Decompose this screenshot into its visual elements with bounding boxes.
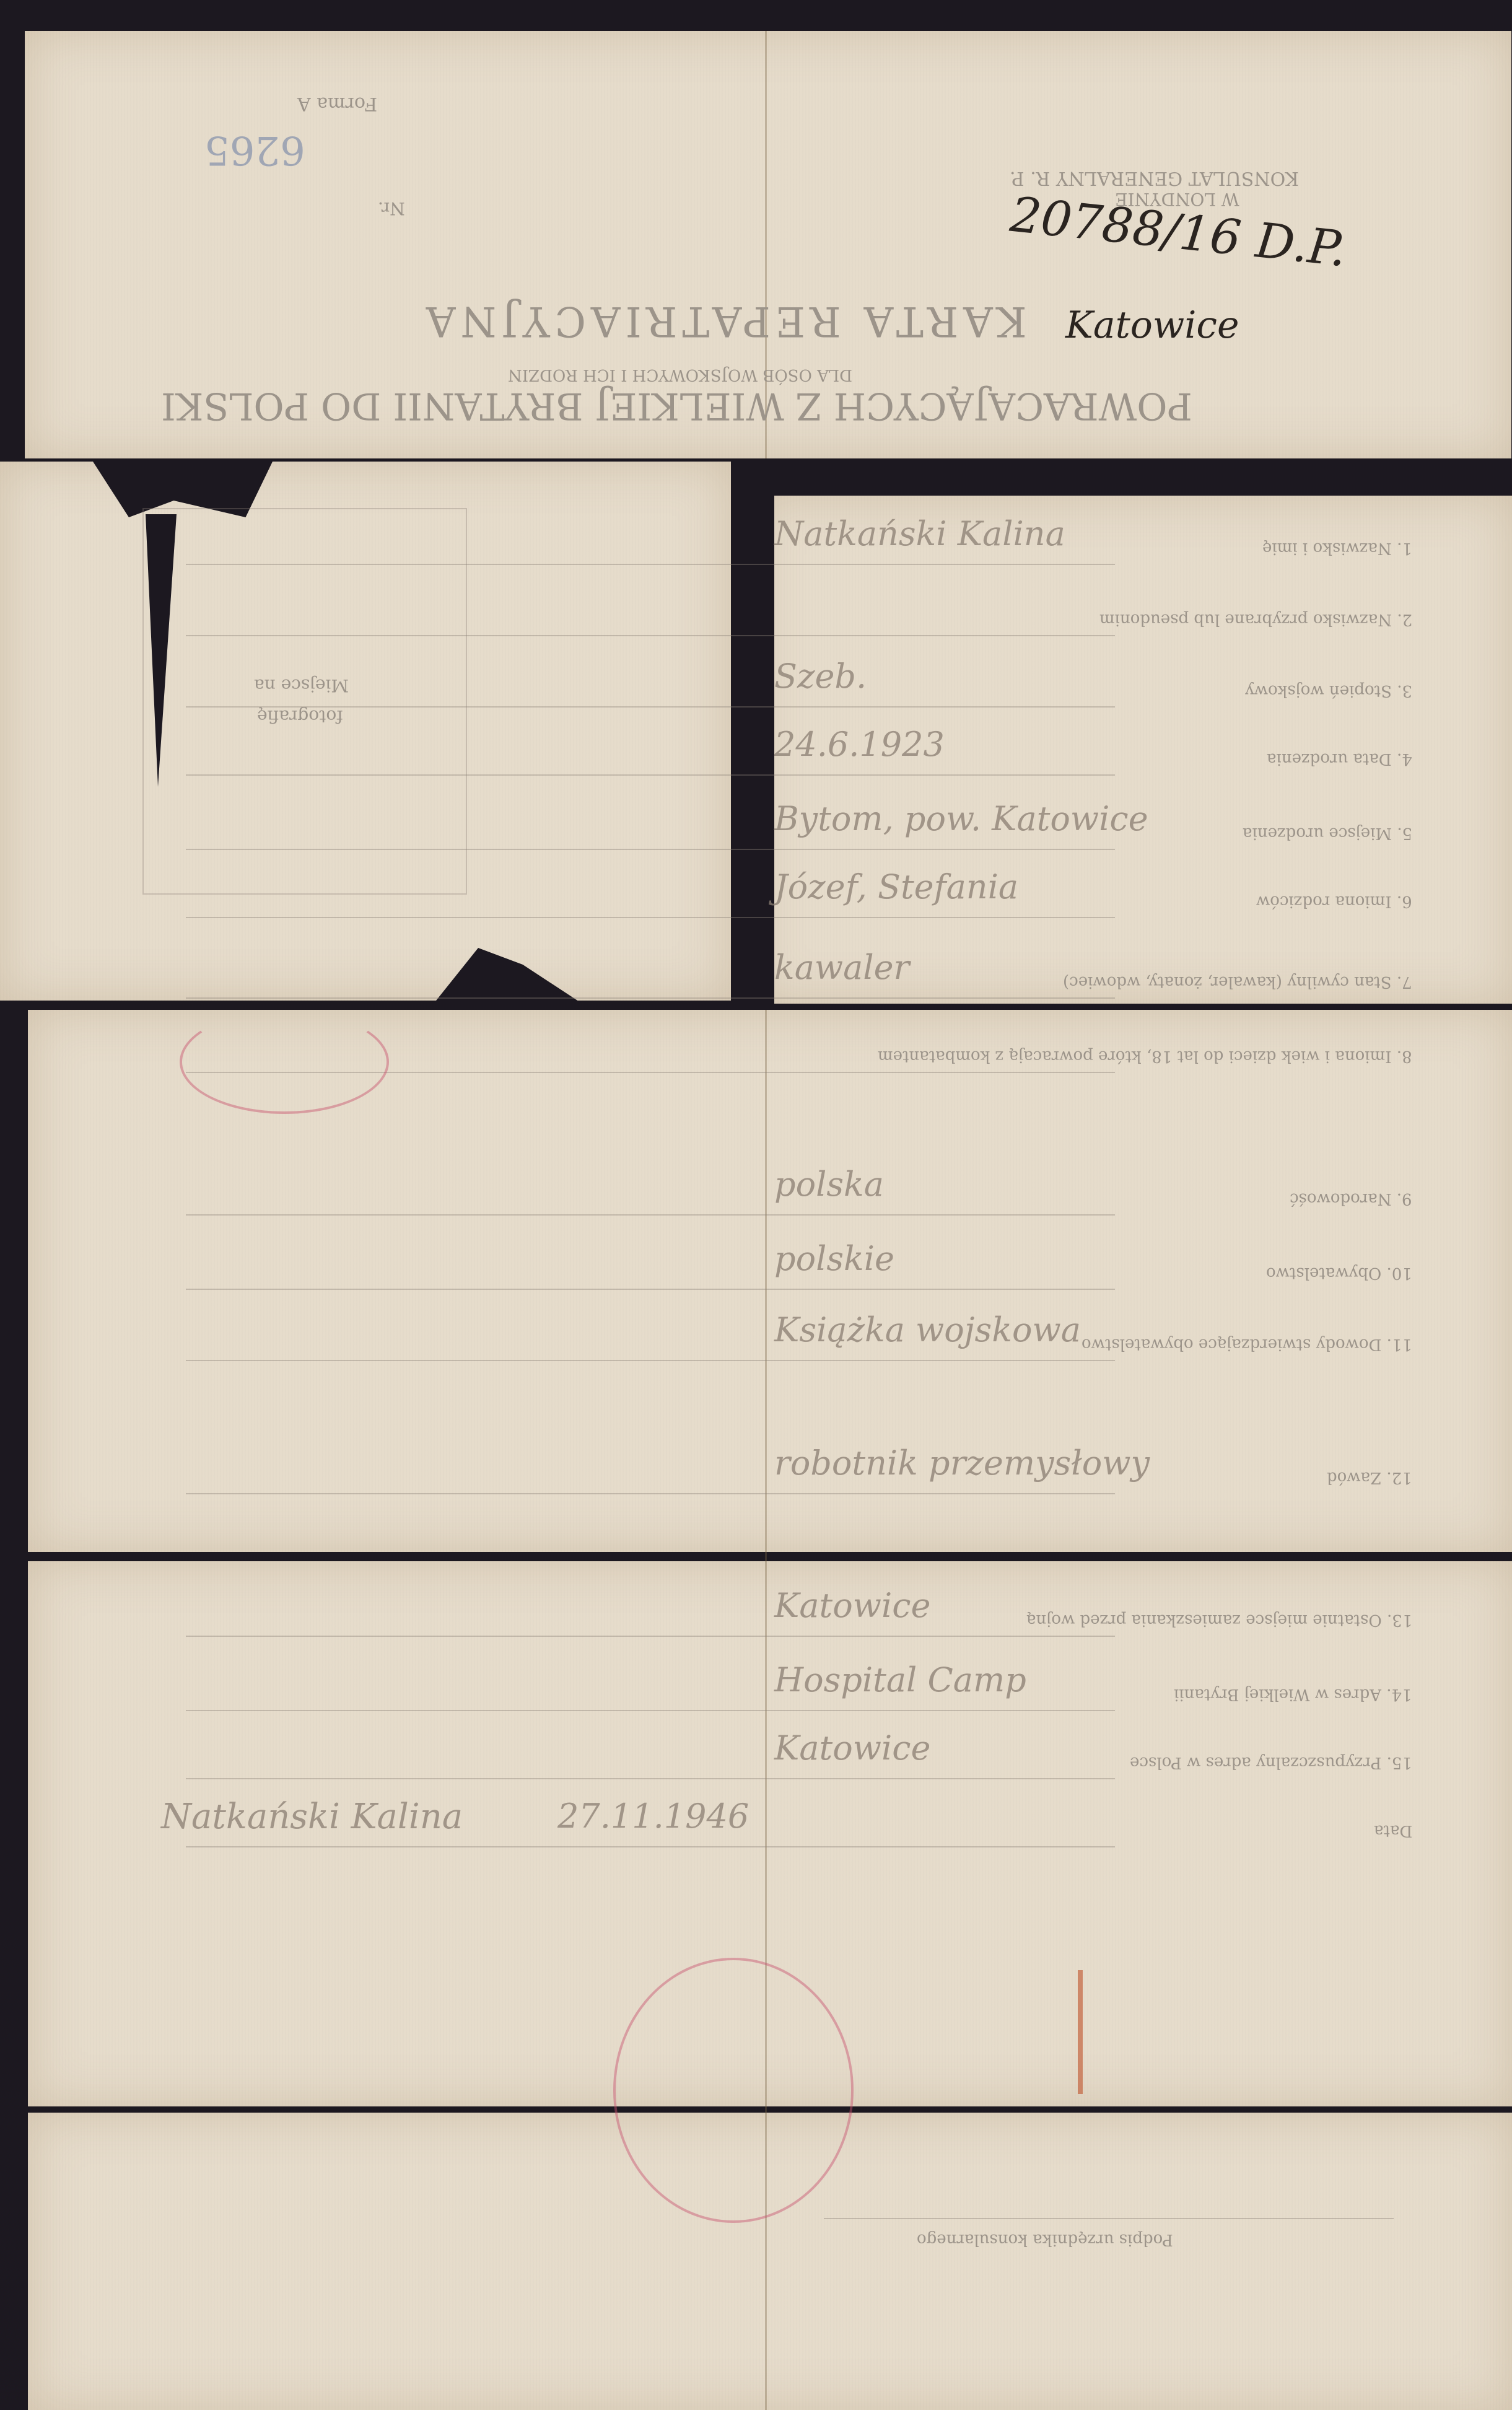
field-label: 14. Adres w Wielkiej Brytanii [1174, 1685, 1412, 1704]
field-label: 3. Stopień wojskowy [1245, 681, 1412, 700]
field-value: Katowice [774, 1729, 930, 1768]
field-value: Książka wojskowa [774, 1310, 1081, 1349]
field-value: 24.6.1923 [774, 725, 945, 764]
field-label: 7. Stan cywilny (kawaler, żonaty, wdowie… [1063, 973, 1412, 991]
field-value: Katowice [774, 1586, 930, 1625]
field-label: 15. Przypuszczalny adres w Polsce [1130, 1753, 1412, 1772]
field-label: 13. Ostatnie miejsce zamieszkania przed … [1026, 1611, 1412, 1629]
field-underline [186, 564, 1115, 565]
field-value: kawaler [774, 948, 909, 987]
field-label: 1. Nazwisko i imię [1262, 539, 1412, 558]
field-underline [186, 635, 1115, 636]
photo-box-label: fotografię [257, 706, 343, 727]
field-underline [186, 1778, 1115, 1779]
field-value: Szeb. [774, 657, 867, 696]
field-underline [186, 1493, 1115, 1494]
field-underline [186, 1360, 1115, 1361]
form-label: Forma A [297, 93, 377, 115]
field-underline [186, 706, 1115, 708]
field-label: 12. Zawód [1327, 1468, 1412, 1487]
field-label: 5. Miejsce urodzenia [1243, 824, 1412, 843]
photo-box-label: Miejsce na [254, 675, 349, 696]
field-label: 9. Narodowość [1290, 1190, 1412, 1208]
field-value: polskie [774, 1239, 894, 1278]
document-title: KARTA REPATRIACYJNA [421, 297, 1027, 345]
stamp-smudge [1078, 1970, 1083, 2094]
field-value: Hospital Camp [774, 1660, 1026, 1699]
field-underline [186, 997, 1115, 999]
tear-hole [731, 483, 774, 1004]
field-value: Józef, Stefania [774, 867, 1018, 906]
field-value: polska [774, 1165, 884, 1204]
field-underline [186, 1846, 1115, 1847]
field-value: robotnik przemysłowy [774, 1444, 1150, 1483]
field-value: Bytom, pow. Katowice [774, 799, 1148, 838]
field-underline [186, 1214, 1115, 1216]
field-label: Data [1374, 1821, 1412, 1840]
serial-number: 6265 [204, 127, 305, 173]
signature-line [824, 2218, 1394, 2219]
field-underline [186, 1289, 1115, 1290]
field-underline [186, 917, 1115, 918]
stamp-circle [180, 1010, 389, 1114]
field-label: 11. Dowody stwierdzające obywatelstwo [1082, 1335, 1412, 1354]
field-value: Natkański Kalina [774, 514, 1065, 553]
field-label: 2. Nazwisko przybrane lub pseudonim [1099, 610, 1412, 629]
field-label: 4. Data urodzenia [1267, 750, 1412, 768]
photo-box [142, 508, 467, 895]
field-label: 6. Imiona rodziców [1256, 892, 1412, 911]
field-label: 8. Imiona i wiek dzieci do lat 18, które… [878, 1047, 1412, 1066]
field-underline [186, 1710, 1115, 1711]
field-underline [186, 849, 1115, 850]
document-subtitle: DLA OSÓB WOJSKOWYCH I ICH RODZIN [508, 366, 852, 384]
stamp-circle [613, 1958, 854, 2223]
nr-label: Nr. [378, 198, 405, 219]
field-underline [186, 774, 1115, 776]
applicant-signature: Natkański Kalina [161, 1797, 463, 1837]
document-subtitle-main: POWRACAJĄCYCH Z WIELKIEJ BRYTANII DO POL… [161, 384, 1192, 427]
handwritten-city: Katowice [1065, 304, 1239, 347]
field-underline [186, 1636, 1115, 1637]
field-value: 27.11.1946 [557, 1797, 749, 1836]
official-signature-label: Podpis urzędnika konsularnego [917, 2230, 1173, 2249]
consulate-name: KONSULAT GENERALNY R. P. [1010, 167, 1299, 189]
field-label: 10. Obywatelstwo [1266, 1264, 1412, 1282]
